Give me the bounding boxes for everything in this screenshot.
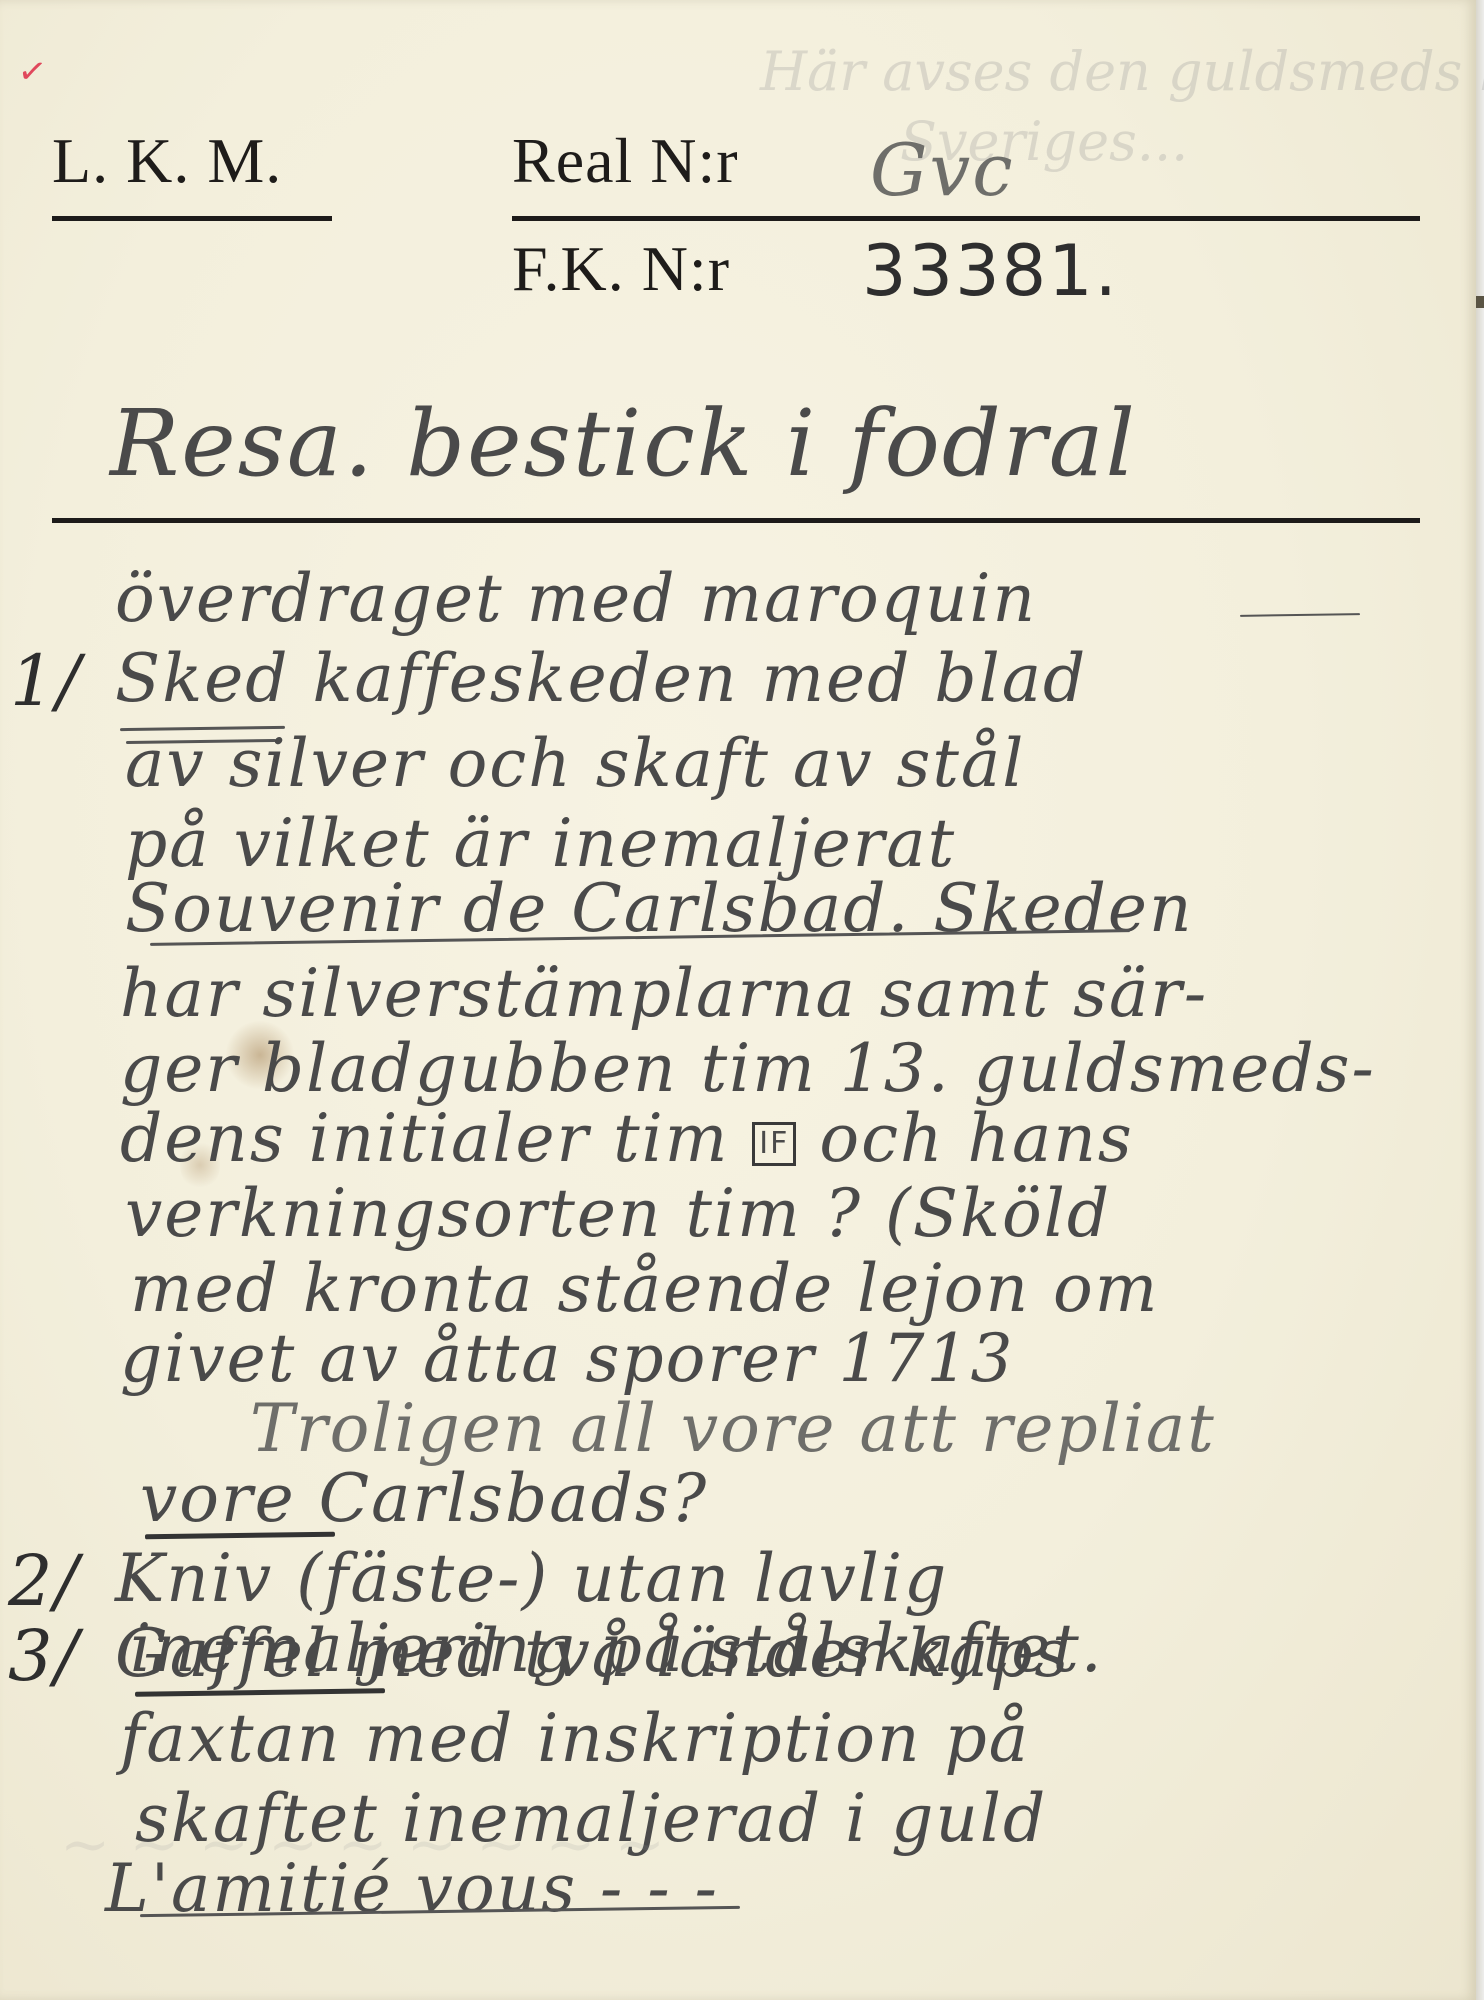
body-line: överdraget med maroquin (115, 560, 1037, 637)
bleed-through-text: ~ ~ ~ ~ ~ ~ ~ ~ ~ (60, 1810, 665, 1880)
bleed-through-text: Här avses den guldsmeds kurs (760, 40, 1484, 103)
item-number-2: 2/ (8, 1540, 80, 1622)
body-line-text: dens initialer tim (120, 1100, 729, 1177)
title-rule (52, 518, 1420, 523)
red-check-mark-icon: ✓ (15, 50, 49, 94)
body-line: med kronta stående lejon om (130, 1250, 1159, 1327)
body-line: givet av åtta sporer 1713 (120, 1320, 1015, 1397)
body-line: dens initialer tim IF och hans (120, 1100, 1134, 1177)
body-line: Kniv (fäste-) utan lavlig (115, 1540, 948, 1617)
real-nr-value: Gvc (870, 128, 1015, 212)
body-line: av silver och skaft av stål (125, 725, 1025, 802)
object-title: Resa. bestick i fodral (110, 390, 1137, 497)
body-line: vore Carlsbads? (140, 1460, 708, 1537)
header-rule-right (512, 216, 1420, 221)
card-edge-tab (1476, 296, 1484, 308)
body-line: Sked kaffeskeden med blad (115, 640, 1087, 717)
fk-nr-value: 33381. (862, 230, 1119, 312)
fk-nr-label: F.K. N:r (512, 232, 730, 306)
maker-mark-box: IF (752, 1122, 796, 1166)
body-line: Troligen all vore att repliat (250, 1390, 1216, 1467)
body-line-text: och hans (819, 1100, 1133, 1177)
header-rule-left (52, 216, 332, 221)
item-number-3: 3/ (8, 1615, 80, 1697)
body-line: faxtan med inskription på (120, 1700, 1030, 1777)
institution-label: L. K. M. (52, 124, 282, 198)
body-line: verkningsorten tim ? (Sköld (125, 1175, 1111, 1252)
body-line: Gaffel med två länder kaps (115, 1615, 1070, 1692)
real-nr-label: Real N:r (512, 124, 739, 198)
body-line: har silverstämplarna samt sär- (120, 955, 1208, 1032)
body-line: ger bladgubben tim 13. guldsmeds- (120, 1030, 1376, 1107)
item-number-1: 1/ (10, 640, 82, 722)
